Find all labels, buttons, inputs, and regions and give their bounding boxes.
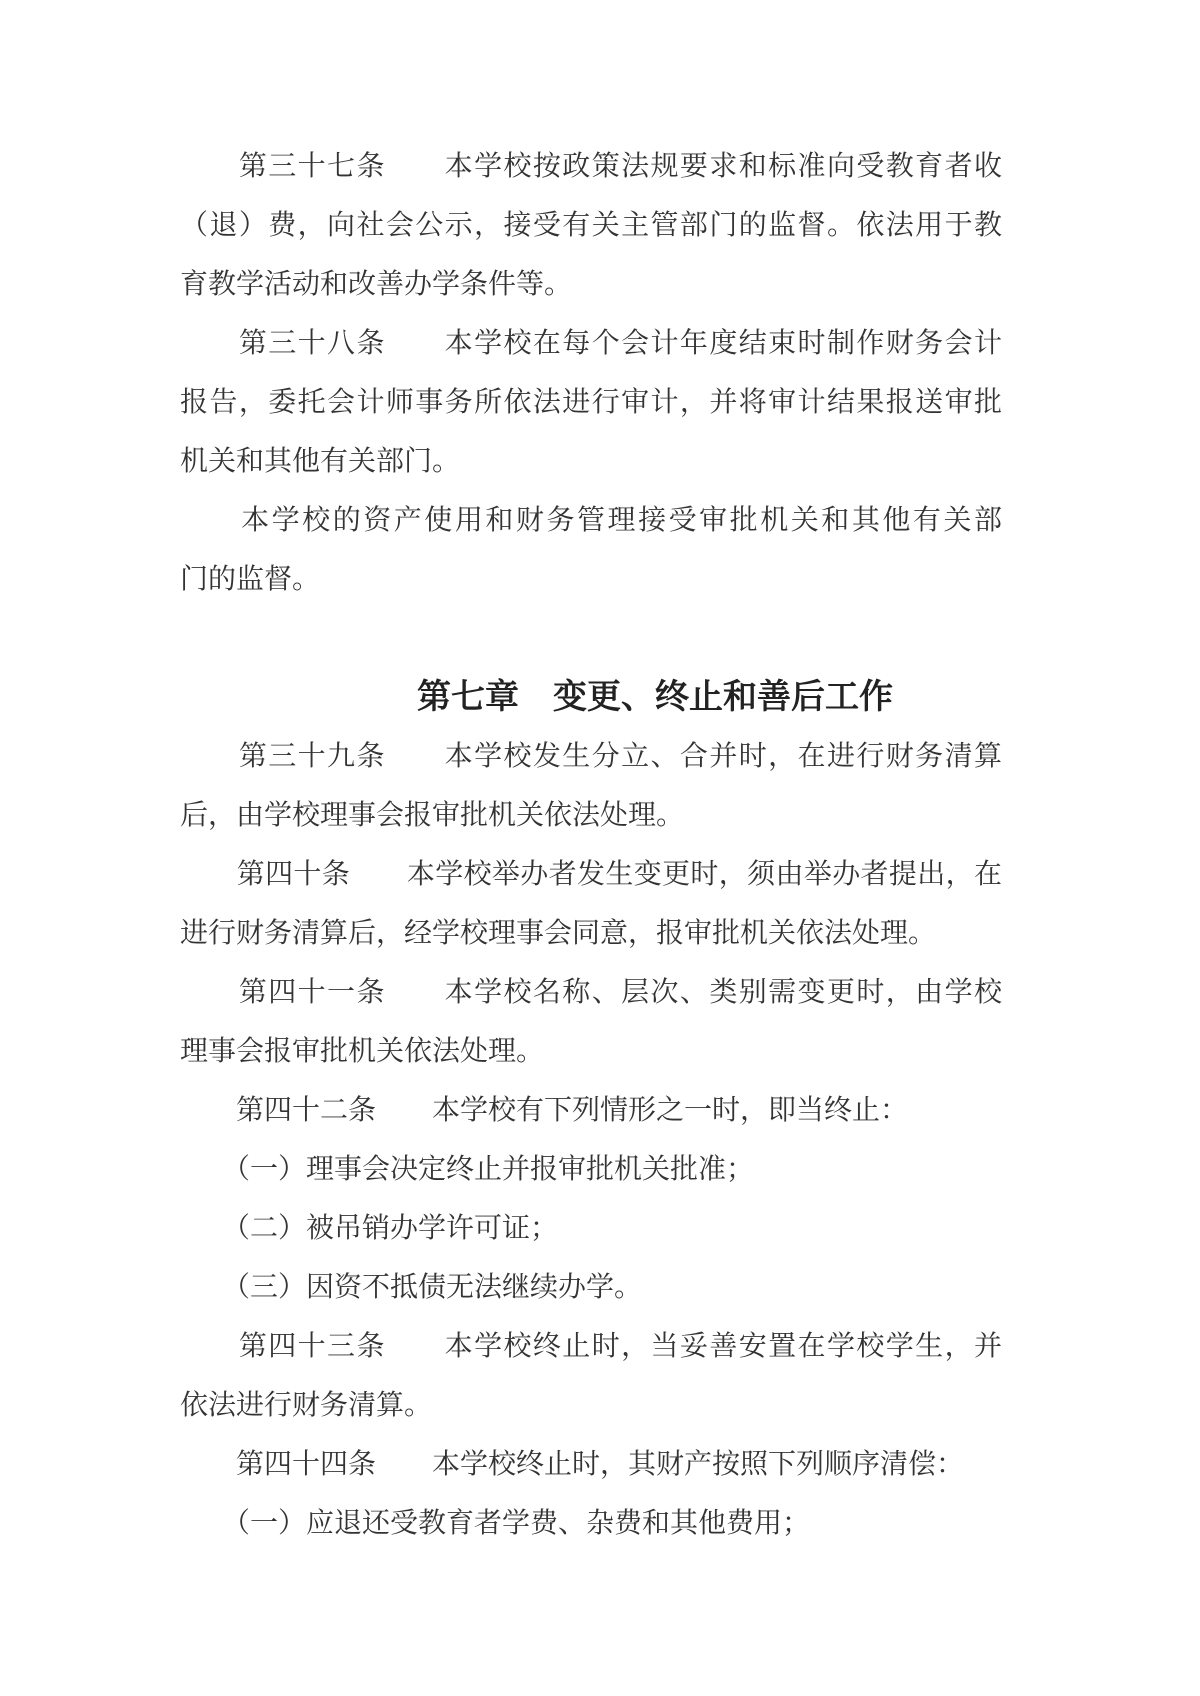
text-line: 第三十八条 本学校在每个会计年度结束时制作财务会计: [180, 314, 1002, 373]
article-39: 第三十九条 本学校发生分立、合并时，在进行财务清算后，由学校理事会报审批机关依法…: [180, 727, 1002, 845]
text-line: 机关和其他有关部门。: [180, 432, 1002, 491]
article-44-item-1: （一）应退还受教育者学费、杂费和其他费用；: [180, 1494, 1002, 1553]
text-line: 理事会报审批机关依法处理。: [180, 1022, 1002, 1081]
article-44: 第四十四条 本学校终止时，其财产按照下列顺序清偿：: [180, 1435, 1002, 1494]
text-line: 报告，委托会计师事务所依法进行审计，并将审计结果报送审批: [180, 373, 1002, 432]
text-line: 后，由学校理事会报审批机关依法处理。: [180, 786, 1002, 845]
text-line: 第四十四条 本学校终止时，其财产按照下列顺序清偿：: [180, 1435, 1002, 1494]
article-42-item-1: （一）理事会决定终止并报审批机关批准；: [180, 1140, 1002, 1199]
text-line: 第四十条 本学校举办者发生变更时，须由举办者提出，在: [180, 845, 1002, 904]
text-line: （二）被吊销办学许可证；: [180, 1199, 1002, 1258]
text-line: （三）因资不抵债无法继续办学。: [180, 1258, 1002, 1317]
document-content: 第三十七条 本学校按政策法规要求和标准向受教育者收（退）费，向社会公示，接受有关…: [180, 137, 1002, 1553]
article-38: 第三十八条 本学校在每个会计年度结束时制作财务会计报告，委托会计师事务所依法进行…: [180, 314, 1002, 491]
text-line: （一）理事会决定终止并报审批机关批准；: [180, 1140, 1002, 1199]
text-line: 第三十九条 本学校发生分立、合并时，在进行财务清算: [180, 727, 1002, 786]
text-line: （退）费，向社会公示，接受有关主管部门的监督。依法用于教: [180, 196, 1002, 255]
text-line: 第四十一条 本学校名称、层次、类别需变更时，由学校: [180, 963, 1002, 1022]
document-page: 第三十七条 本学校按政策法规要求和标准向受教育者收（退）费，向社会公示，接受有关…: [0, 0, 1200, 1696]
text-line: 进行财务清算后，经学校理事会同意，报审批机关依法处理。: [180, 904, 1002, 963]
text-line: 本学校的资产使用和财务管理接受审批机关和其他有关部: [180, 491, 1002, 550]
text-line: 依法进行财务清算。: [180, 1376, 1002, 1435]
article-40: 第四十条 本学校举办者发生变更时，须由举办者提出，在进行财务清算后，经学校理事会…: [180, 845, 1002, 963]
article-42: 第四十二条 本学校有下列情形之一时，即当终止：: [180, 1081, 1002, 1140]
text-line: （一）应退还受教育者学费、杂费和其他费用；: [180, 1494, 1002, 1553]
text-line: 育教学活动和改善办学条件等。: [180, 255, 1002, 314]
text-line: 第三十七条 本学校按政策法规要求和标准向受教育者收: [180, 137, 1002, 196]
text-line: 门的监督。: [180, 550, 1002, 609]
article-43: 第四十三条 本学校终止时，当妥善安置在学校学生，并依法进行财务清算。: [180, 1317, 1002, 1435]
text-line: 第四十三条 本学校终止时，当妥善安置在学校学生，并: [180, 1317, 1002, 1376]
article-42-item-2: （二）被吊销办学许可证；: [180, 1199, 1002, 1258]
article-38-supplement: 本学校的资产使用和财务管理接受审批机关和其他有关部门的监督。: [180, 491, 1002, 609]
article-37: 第三十七条 本学校按政策法规要求和标准向受教育者收（退）费，向社会公示，接受有关…: [180, 137, 1002, 314]
text-line: 第四十二条 本学校有下列情形之一时，即当终止：: [180, 1081, 1002, 1140]
article-41: 第四十一条 本学校名称、层次、类别需变更时，由学校理事会报审批机关依法处理。: [180, 963, 1002, 1081]
article-42-item-3: （三）因资不抵债无法继续办学。: [180, 1258, 1002, 1317]
chapter-7-heading: 第七章 变更、终止和善后工作: [244, 668, 1066, 727]
blank-line: [180, 609, 1002, 668]
